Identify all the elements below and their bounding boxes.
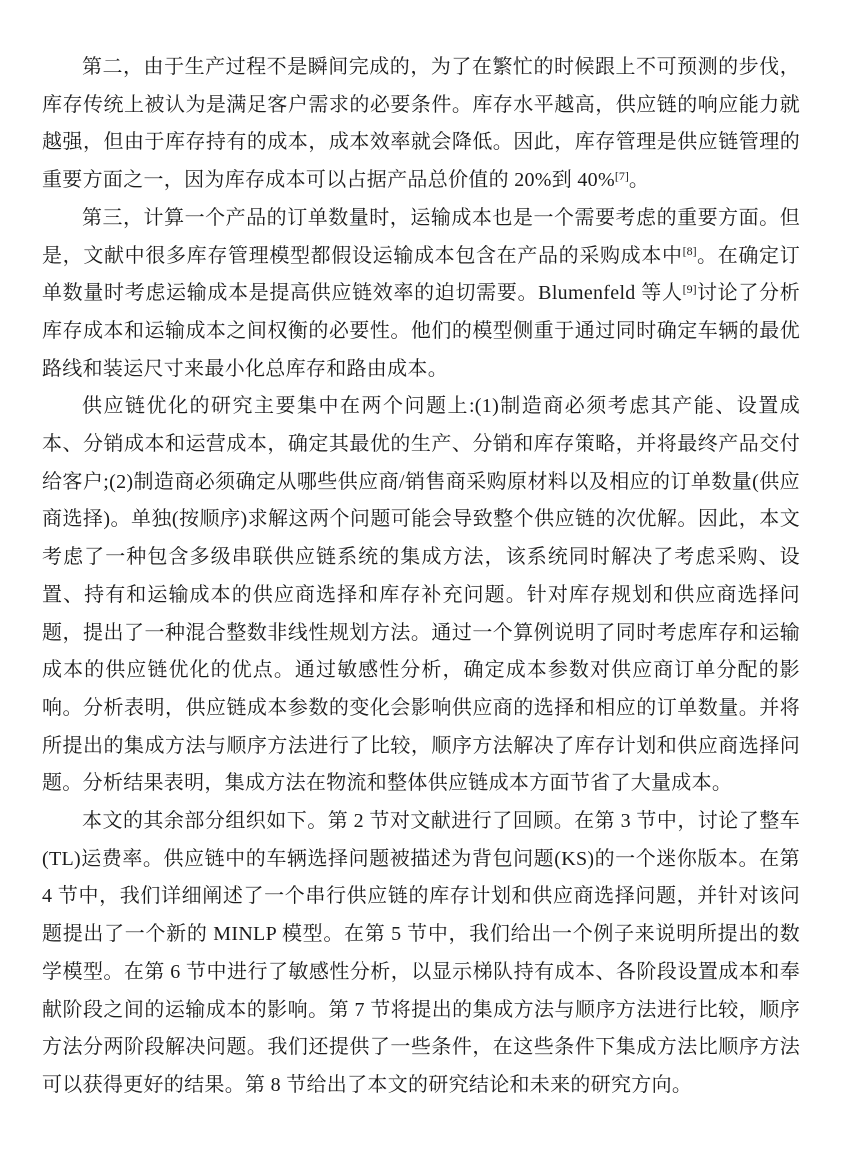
document-page: 第二，由于生产过程不是瞬间完成的，为了在繁忙的时候跟上不可预测的步伐，库存传统上… — [0, 0, 846, 1155]
text-run: 第二，由于生产过程不是瞬间完成的，为了在繁忙的时候跟上不可预测的步伐，库存传统上… — [42, 56, 800, 191]
text-run: 供应链优化的研究主要集中在两个问题上:(1)制造商必须考虑其产能、设置成本、分销… — [42, 395, 800, 794]
paragraph: 第三，计算一个产品的订单数量时，运输成本也是一个需要考虑的重要方面。但是，文献中… — [42, 200, 800, 389]
citation-ref: [8] — [683, 244, 697, 258]
text-run: 。 — [629, 169, 649, 191]
document-body: 第二，由于生产过程不是瞬间完成的，为了在繁忙的时候跟上不可预测的步伐，库存传统上… — [42, 49, 800, 1105]
citation-ref: [7] — [615, 169, 629, 183]
text-run: 本文的其余部分组织如下。第 2 节对文献进行了回顾。在第 3 节中，讨论了整车(… — [42, 810, 800, 1096]
citation-ref: [9] — [683, 282, 697, 296]
paragraph: 供应链优化的研究主要集中在两个问题上:(1)制造商必须考虑其产能、设置成本、分销… — [42, 388, 800, 803]
paragraph: 本文的其余部分组织如下。第 2 节对文献进行了回顾。在第 3 节中，讨论了整车(… — [42, 803, 800, 1105]
paragraph: 第二，由于生产过程不是瞬间完成的，为了在繁忙的时候跟上不可预测的步伐，库存传统上… — [42, 49, 800, 200]
